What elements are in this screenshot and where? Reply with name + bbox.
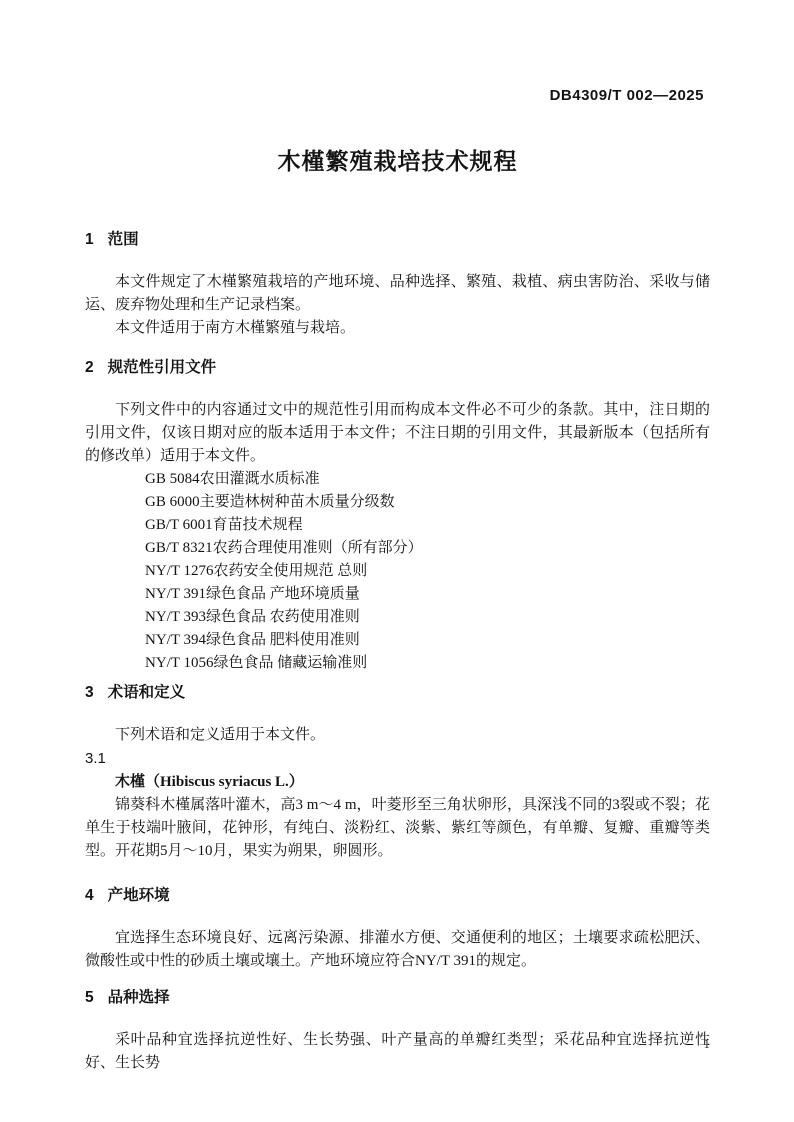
section-2-title: 规范性引用文件 bbox=[108, 359, 217, 376]
paragraph: 下列文件中的内容通过文中的规范性引用而构成本文件必不可少的条款。其中，注日期的引… bbox=[85, 399, 710, 468]
paragraph: 宜选择生态环境良好、远离污染源、排灌水方便、交通便利的地区；土壤要求疏松肥沃、微… bbox=[85, 927, 710, 973]
reference-code: NY/T 394 bbox=[115, 629, 206, 652]
section-3-number: 3 bbox=[85, 683, 94, 703]
section-4-body: 宜选择生态环境良好、远离污染源、排灌水方便、交通便利的地区；土壤要求疏松肥沃、微… bbox=[85, 927, 710, 973]
section-2-number: 2 bbox=[85, 358, 94, 378]
reference-title: 农田灌溉水质标准 bbox=[200, 471, 320, 487]
reference-code: NY/T 393 bbox=[115, 606, 206, 629]
reference-item: NY/T 391绿色食品 产地环境质量 bbox=[85, 583, 710, 606]
reference-code: NY/T 1276 bbox=[115, 560, 213, 583]
section-4-number: 4 bbox=[85, 886, 94, 906]
term-clause-number: 3.1 bbox=[85, 747, 710, 770]
section-normative-references: 2规范性引用文件 下列文件中的内容通过文中的规范性引用而构成本文件必不可少的条款… bbox=[85, 358, 710, 675]
paragraph: 采叶品种宜选择抗逆性好、生长势强、叶产量高的单瓣红类型；采花品种宜选择抗逆性好、… bbox=[85, 1029, 710, 1075]
section-4-heading: 4产地环境 bbox=[85, 886, 710, 906]
reference-list: GB 5084农田灌溉水质标准 GB 6000主要造林树种苗木质量分级数 GB/… bbox=[85, 468, 710, 675]
paragraph: 下列术语和定义适用于本文件。 bbox=[85, 724, 710, 747]
section-production-environment: 4产地环境 宜选择生态环境良好、远离污染源、排灌水方便、交通便利的地区；土壤要求… bbox=[85, 886, 710, 973]
term-heading: 木槿（Hibiscus syriacus L.） bbox=[85, 770, 710, 794]
reference-title: 育苗技术规程 bbox=[213, 517, 303, 533]
section-variety-selection: 5品种选择 采叶品种宜选择抗逆性好、生长势强、叶产量高的单瓣红类型；采花品种宜选… bbox=[85, 988, 710, 1075]
section-3-heading: 3术语和定义 bbox=[85, 683, 710, 703]
reference-item: GB/T 8321农药合理使用准则（所有部分） bbox=[85, 537, 710, 560]
section-5-heading: 5品种选择 bbox=[85, 988, 710, 1008]
section-3-body: 下列术语和定义适用于本文件。 3.1 木槿（Hibiscus syriacus … bbox=[85, 724, 710, 863]
section-3-title: 术语和定义 bbox=[108, 684, 186, 701]
section-5-number: 5 bbox=[85, 988, 94, 1008]
reference-item: NY/T 1276农药安全使用规范 总则 bbox=[85, 560, 710, 583]
section-1-title: 范围 bbox=[108, 231, 139, 248]
section-2-paragraphs: 下列文件中的内容通过文中的规范性引用而构成本文件必不可少的条款。其中，注日期的引… bbox=[85, 399, 710, 468]
reference-item: GB/T 6001育苗技术规程 bbox=[85, 514, 710, 537]
term-definition: 锦葵科木槿属落叶灌木，高3 m～4 m，叶菱形至三角状卵形，具深浅不同的3裂或不… bbox=[85, 794, 710, 863]
reference-item: GB 5084农田灌溉水质标准 bbox=[85, 468, 710, 491]
section-3-paragraphs: 下列术语和定义适用于本文件。 bbox=[85, 724, 710, 747]
page-number: 1 bbox=[704, 1036, 711, 1052]
reference-item: GB 6000主要造林树种苗木质量分级数 bbox=[85, 491, 710, 514]
reference-title: 绿色食品 储藏运输准则 bbox=[213, 655, 367, 671]
paragraph: 本文件规定了木槿繁殖栽培的产地环境、品种选择、繁殖、栽植、病虫害防治、采收与储运… bbox=[85, 271, 710, 317]
reference-code: GB 6000 bbox=[115, 491, 200, 514]
section-1-number: 1 bbox=[85, 230, 94, 250]
reference-title: 农药安全使用规范 总则 bbox=[213, 563, 367, 579]
paragraph: 本文件适用于南方木槿繁殖与栽培。 bbox=[85, 317, 710, 340]
section-2-body: 下列文件中的内容通过文中的规范性引用而构成本文件必不可少的条款。其中，注日期的引… bbox=[85, 399, 710, 675]
reference-item: NY/T 1056绿色食品 储藏运输准则 bbox=[85, 652, 710, 675]
reference-title: 主要造林树种苗木质量分级数 bbox=[200, 494, 395, 510]
section-5-title: 品种选择 bbox=[108, 989, 170, 1006]
reference-title: 绿色食品 农药使用准则 bbox=[206, 609, 360, 625]
reference-item: NY/T 393绿色食品 农药使用准则 bbox=[85, 606, 710, 629]
term-name: 木槿 bbox=[115, 773, 145, 790]
document-title: 木槿繁殖栽培技术规程 bbox=[85, 147, 710, 175]
section-1-heading: 1范围 bbox=[85, 230, 710, 250]
reference-code: GB 5084 bbox=[115, 468, 200, 491]
standard-code: DB4309/T 002—2025 bbox=[85, 88, 710, 104]
section-1-body: 本文件规定了木槿繁殖栽培的产地环境、品种选择、繁殖、栽植、病虫害防治、采收与储运… bbox=[85, 271, 710, 340]
document-page: DB4309/T 002—2025 木槿繁殖栽培技术规程 1范围 本文件规定了木… bbox=[0, 0, 794, 1122]
term-latin-name: （Hibiscus syriacus L.） bbox=[145, 774, 304, 790]
section-2-heading: 2规范性引用文件 bbox=[85, 358, 710, 378]
reference-item: NY/T 394绿色食品 肥料使用准则 bbox=[85, 629, 710, 652]
reference-code: NY/T 391 bbox=[115, 583, 206, 606]
section-scope: 1范围 本文件规定了木槿繁殖栽培的产地环境、品种选择、繁殖、栽植、病虫害防治、采… bbox=[85, 230, 710, 340]
reference-title: 农药合理使用准则（所有部分） bbox=[213, 540, 423, 556]
reference-code: GB/T 8321 bbox=[115, 537, 213, 560]
reference-code: NY/T 1056 bbox=[115, 652, 213, 675]
section-terms-definitions: 3术语和定义 下列术语和定义适用于本文件。 3.1 木槿（Hibiscus sy… bbox=[85, 683, 710, 863]
reference-title: 绿色食品 产地环境质量 bbox=[206, 586, 360, 602]
reference-title: 绿色食品 肥料使用准则 bbox=[206, 632, 360, 648]
section-4-title: 产地环境 bbox=[108, 887, 170, 904]
reference-code: GB/T 6001 bbox=[115, 514, 213, 537]
section-5-body: 采叶品种宜选择抗逆性好、生长势强、叶产量高的单瓣红类型；采花品种宜选择抗逆性好、… bbox=[85, 1029, 710, 1075]
